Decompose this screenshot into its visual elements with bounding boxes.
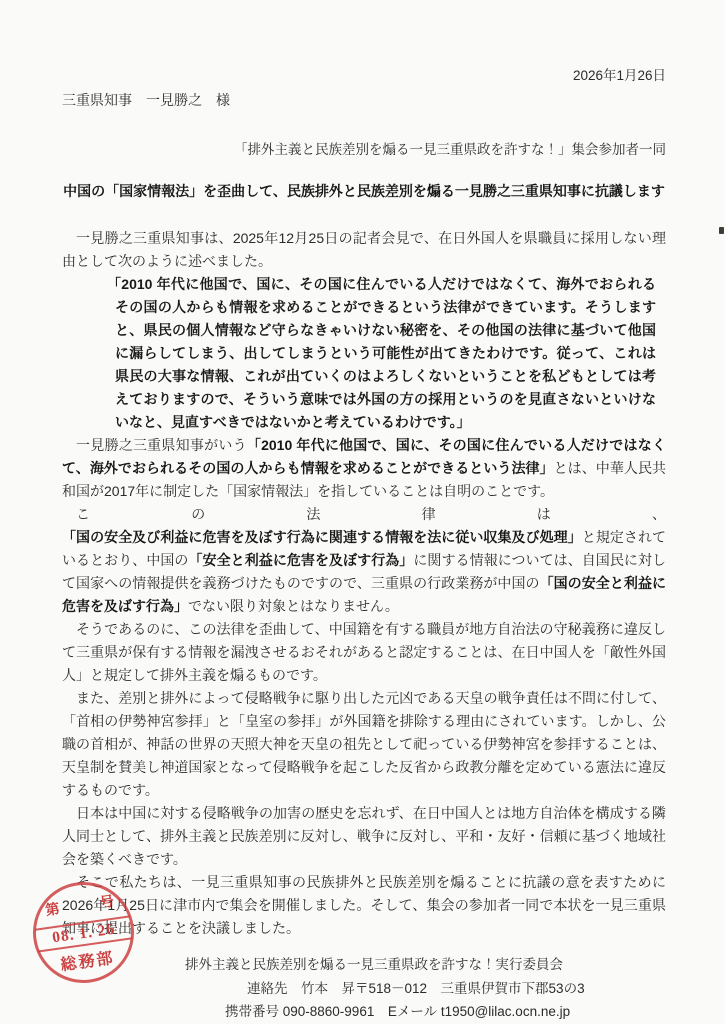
footer-contact-address: 連絡先 竹本 昇〒518－012 三重県伊賀市下郡53の3 bbox=[185, 977, 666, 1001]
letter-footer: 排外主義と民族差別を煽る一見三重県政を許すな！実行委員会 連絡先 竹本 昇〒51… bbox=[185, 953, 666, 1024]
paragraph-law-content: この法律は、「国の安全及び利益に危害を及ぼす行為に関連する情報を法に従い収集及び… bbox=[62, 503, 666, 618]
letter-date: 2026年1月26日 bbox=[62, 64, 666, 84]
paragraph-emperor-responsibility: また、差別と排外によって侵略戦争に駆り出した元凶である天皇の戦争責任は不問に付し… bbox=[62, 687, 666, 802]
paragraph-intro: 一見勝之三重県知事は、2025年12月25日の記者会見で、在日外国人を県職員に採… bbox=[62, 227, 666, 273]
paragraph-distortion: そうであるのに、この法律を歪曲して、中国籍を有する職員が地方自治法の守秘義務に違… bbox=[62, 618, 666, 687]
governor-quote-block: 「2010 年代に他国で、国に、その国に住んでいる人だけではなくて、海外でおられ… bbox=[107, 273, 656, 434]
paragraph-law-identification: 一見勝之三重県知事がいう「2010 年代に他国で、国に、その国に住んでいる人だけ… bbox=[62, 434, 666, 503]
protest-letter-page: 2026年1月26日 三重県知事 一見勝之 様 「排外主義と民族差別を煽る一見三… bbox=[0, 0, 725, 1024]
paragraph-history: 日本は中国に対する侵略戦争の加害の歴史を忘れず、在日中国人とは地方自治体を構成す… bbox=[62, 802, 666, 871]
reception-stamp: 第 号 08. 1. 26 総務部 bbox=[26, 875, 140, 989]
scan-artifact-mark bbox=[719, 227, 724, 234]
letter-title: 中国の「国家情報法」を歪曲して、民族排外と民族差別を煽る一見勝之三重県知事に抗議… bbox=[62, 181, 666, 201]
letter-body: 一見勝之三重県知事は、2025年12月25日の記者会見で、在日外国人を県職員に採… bbox=[62, 227, 666, 940]
recipient-line: 三重県知事 一見勝之 様 bbox=[62, 90, 666, 110]
paragraph-resolution: そこで私たちは、一見三重県知事の民族排外と民族差別を煽ることに抗議の意を表すため… bbox=[62, 871, 666, 940]
footer-phone-email: 携帯番号 090-8860-9961 Eメール t1950@lilac.ocn.… bbox=[185, 1000, 666, 1024]
stamp-go-label: 号 bbox=[99, 890, 116, 912]
sender-line: 「排外主義と民族差別を煽る一見三重県政を許すな！」集会参加者一同 bbox=[62, 138, 666, 158]
stamp-dai-label: 第 bbox=[44, 898, 61, 920]
footer-committee-name: 排外主義と民族差別を煽る一見三重県政を許すな！実行委員会 bbox=[185, 953, 666, 977]
